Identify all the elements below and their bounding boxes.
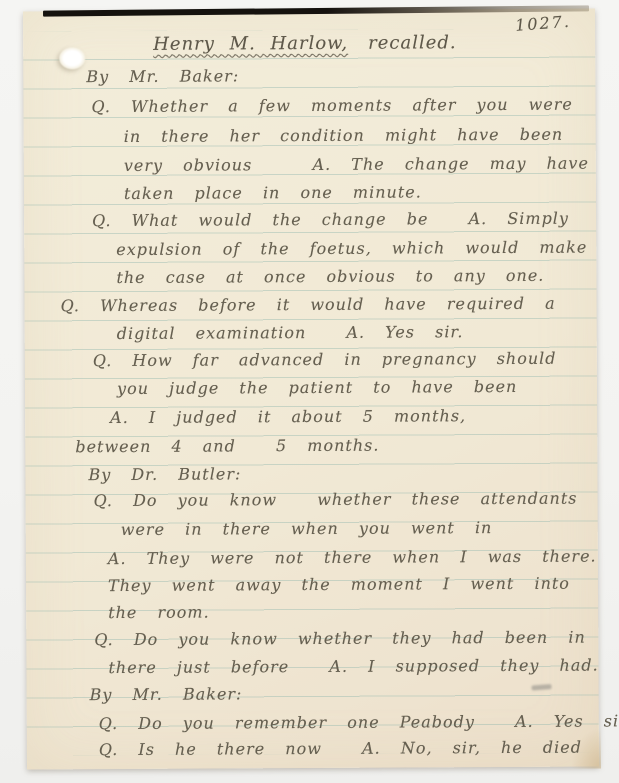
manuscript-line: Q. Do you know whether these attendants: [94, 490, 578, 510]
manuscript-line: Q. Whether a few moments after you were: [91, 96, 572, 116]
manuscript-line: By Mr. Baker:: [86, 67, 239, 85]
manuscript-page: 1027. Henry M. Harlow,recalled. By Mr. B…: [23, 9, 599, 770]
manuscript-line: in there her condition might have been: [124, 126, 564, 145]
manuscript-line: By Dr. Butler:: [88, 465, 241, 483]
witness-name: Henry M. Harlow,: [153, 33, 348, 55]
manuscript-line: Q. Whereas before it would have required…: [61, 295, 556, 315]
scan-edge: [43, 5, 589, 16]
manuscript-line: Q. Is he there now A. No, sir, he died: [99, 739, 582, 759]
manuscript-line: were in there when you went in: [121, 519, 493, 538]
manuscript-line: A. I judged it about 5 months,: [110, 407, 466, 426]
manuscript-line: expulsion of the foetus, which would mak…: [116, 239, 587, 258]
manuscript-line: By Mr. Baker:: [90, 685, 243, 703]
manuscript-line: digital examination A. Yes sir.: [117, 323, 464, 342]
manuscript-line: the room.: [108, 604, 210, 622]
page-title: Henry M. Harlow,recalled.: [153, 34, 457, 53]
hole-punch: [59, 47, 85, 69]
scanned-document-background: 1027. Henry M. Harlow,recalled. By Mr. B…: [0, 0, 619, 783]
manuscript-line: between 4 and 5 months.: [75, 437, 379, 456]
manuscript-line: They went away the moment I went into: [108, 575, 570, 594]
manuscript-line: Q. How far advanced in pregnancy should: [93, 350, 557, 369]
manuscript-line: you judge the patient to have been: [117, 378, 517, 397]
manuscript-line: A. They were not there when I was there.: [108, 548, 597, 568]
manuscript-line: very obvious A. The change may have: [124, 155, 589, 174]
page-number: 1027.: [515, 13, 572, 34]
manuscript-line: Q. Do you know whether they had been in: [94, 629, 586, 649]
manuscript-line: Q. What would the change be A. Simply: [92, 210, 569, 229]
manuscript-line: Q. Do you remember one Peabody A. Yes si…: [99, 712, 619, 732]
manuscript-line: taken place in one minute.: [124, 183, 422, 202]
manuscript-line: there just before A. I supposed they had…: [108, 656, 598, 676]
manuscript-line: the case at once obvious to any one.: [116, 267, 544, 286]
recalled-label: recalled.: [368, 32, 457, 53]
